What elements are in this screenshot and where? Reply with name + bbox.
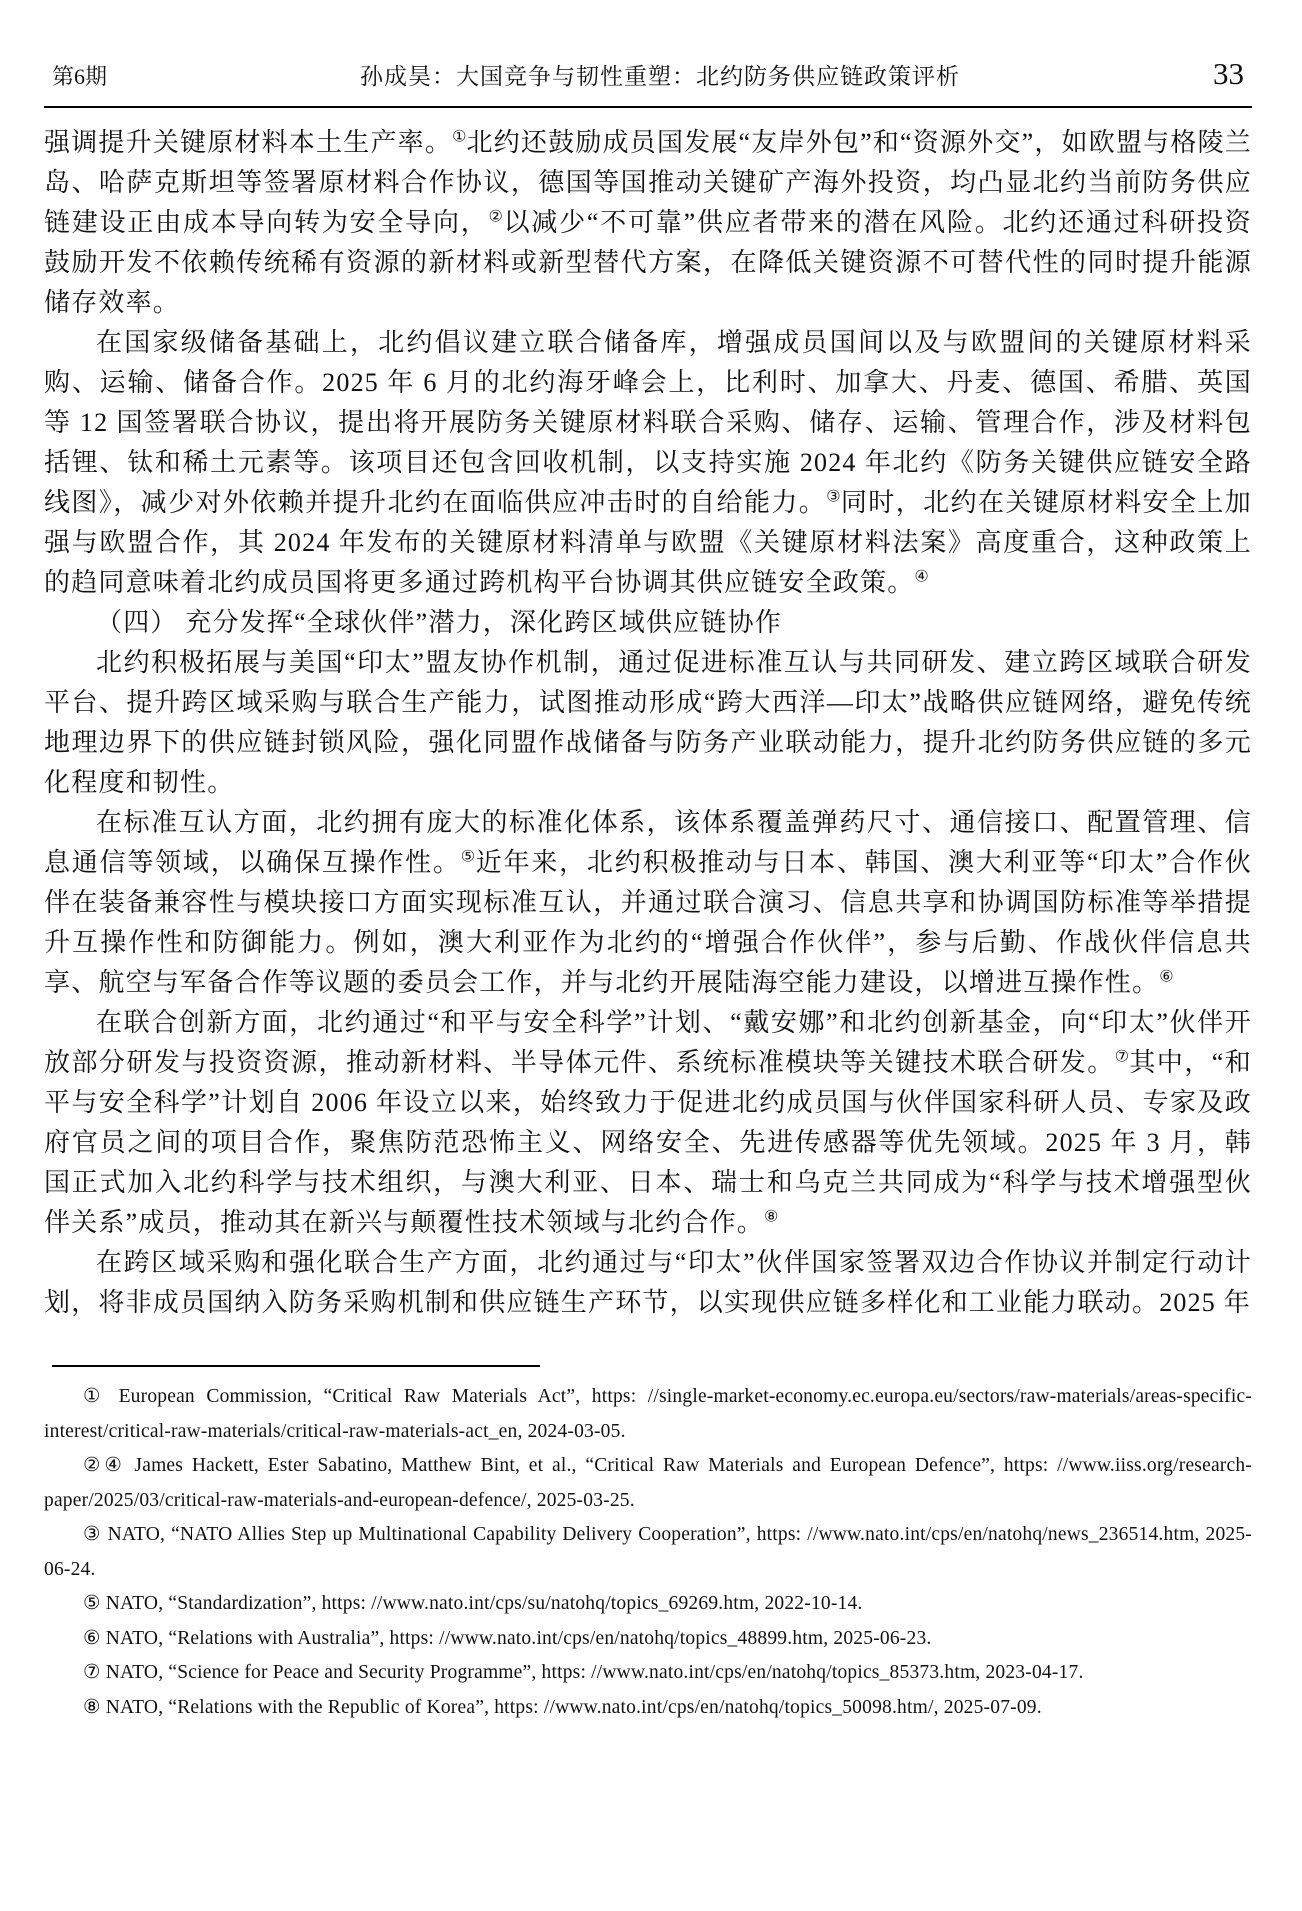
footnotes-list: ① European Commission, “Critical Raw Mat… (44, 1380, 1252, 1725)
body-paragraph: 在跨区域采购和强化联合生产方面，北约通过与“印太”伙伴国家签署双边合作协议并制定… (44, 1243, 1252, 1323)
footnote-item: ⑤ NATO, “Standardization”, https: //www.… (44, 1587, 1252, 1622)
footnote-ref: ③ (826, 488, 841, 505)
footnote-ref: ⑤ (461, 848, 476, 865)
footnote-item: ① European Commission, “Critical Raw Mat… (44, 1380, 1252, 1449)
running-title: 孙成昊：大国竞争与韧性重塑：北约防务供应链政策评析 (107, 58, 1213, 91)
footnote-item: ⑦ NATO, “Science for Peace and Security … (44, 1656, 1252, 1691)
body-paragraph: 在国家级储备基础上，北约倡议建立联合储备库，增强成员国间以及与欧盟间的关键原材料… (44, 323, 1252, 603)
footnote-separator (52, 1365, 540, 1367)
article-body: 强调提升关键原材料本土生产率。①北约还鼓励成员国发展“友岸外包”和“资源外交”，… (44, 123, 1252, 1323)
body-paragraph: 北约积极拓展与美国“印太”盟友协作机制，通过促进标准互认与共同研发、建立跨区域联… (44, 643, 1252, 803)
footnote-item: ⑥ NATO, “Relations with Australia”, http… (44, 1622, 1252, 1657)
body-paragraph: 在联合创新方面，北约通过“和平与安全科学”计划、“戴安娜”和北约创新基金，向“印… (44, 1003, 1252, 1243)
footnote-ref: ② (489, 208, 504, 225)
body-paragraph: 在标准互认方面，北约拥有庞大的标准化体系，该体系覆盖弹药尺寸、通信接口、配置管理… (44, 803, 1252, 1003)
body-paragraph: 强调提升关键原材料本土生产率。①北约还鼓励成员国发展“友岸外包”和“资源外交”，… (44, 123, 1252, 323)
issue-label: 第6期 (52, 60, 107, 91)
page-number: 33 (1213, 56, 1244, 92)
journal-page: 第6期 孙成昊：大国竞争与韧性重塑：北约防务供应链政策评析 33 强调提升关键原… (0, 0, 1302, 1911)
footnote-ref: ④ (914, 568, 928, 585)
footnote-item: ②④ James Hackett, Ester Sabatino, Matthe… (44, 1449, 1252, 1518)
header-rule (44, 106, 1252, 108)
footnote-ref: ① (452, 128, 466, 145)
footnote-ref: ⑦ (1115, 1048, 1130, 1065)
footnote-item: ③ NATO, “NATO Allies Step up Multination… (44, 1518, 1252, 1587)
footnote-item: ⑧ NATO, “Relations with the Republic of … (44, 1691, 1252, 1726)
page-header: 第6期 孙成昊：大国竞争与韧性重塑：北约防务供应链政策评析 33 (44, 56, 1252, 92)
section-heading: （四） 充分发挥“全球伙伴”潜力，深化跨区域供应链协作 (44, 603, 1252, 643)
footnote-ref: ⑥ (1159, 968, 1173, 985)
footnote-ref: ⑧ (764, 1208, 778, 1225)
